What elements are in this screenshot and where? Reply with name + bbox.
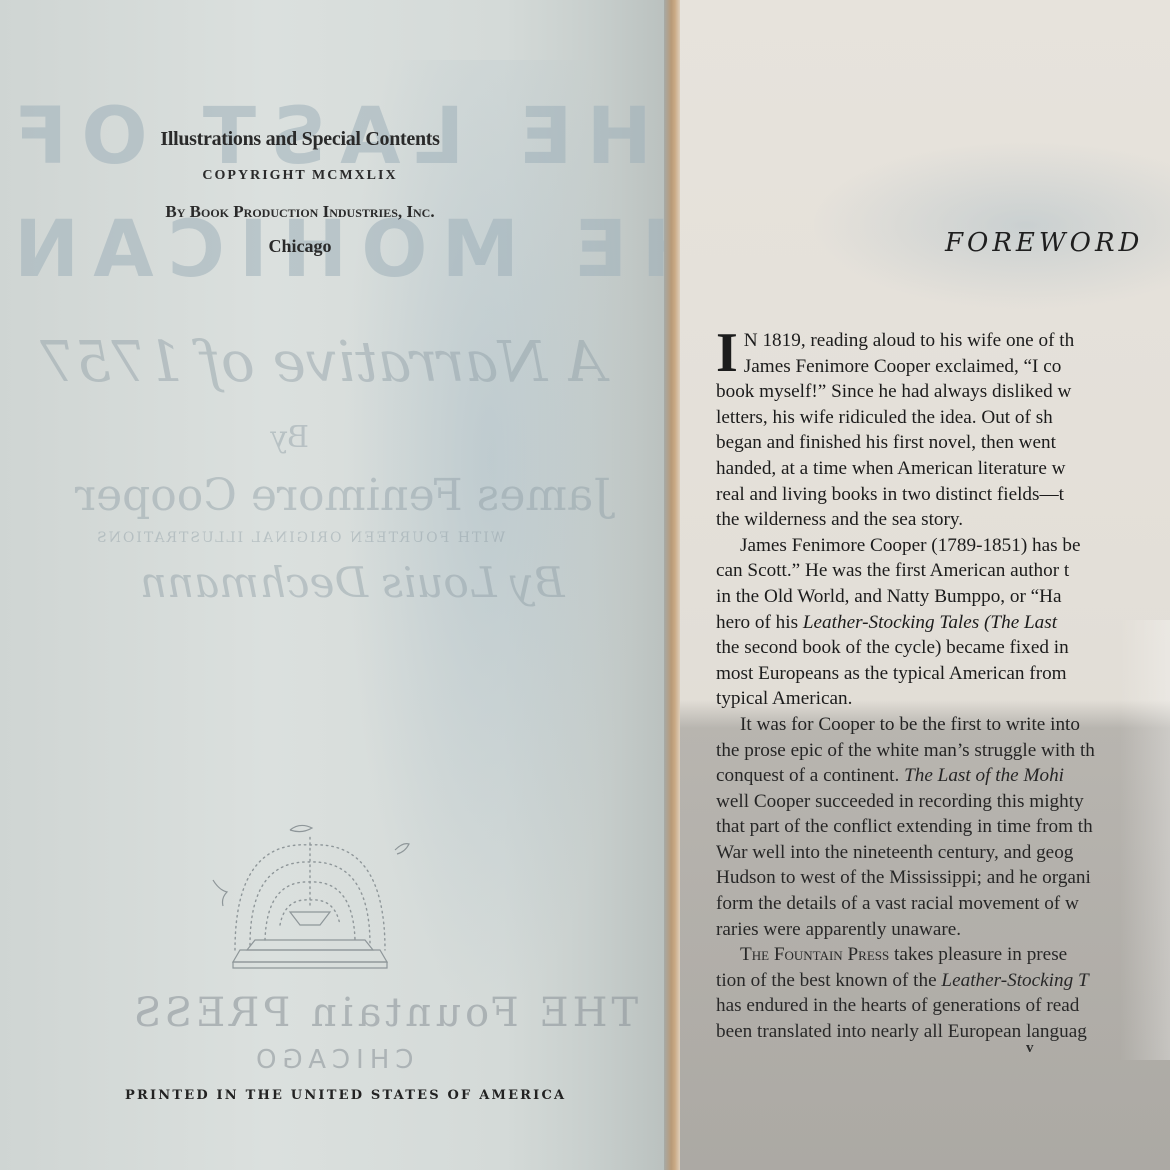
foreword-heading: FOREWORD — [945, 228, 1143, 258]
printed-in-usa: PRINTED IN THE UNITED STATES OF AMERICA — [125, 1088, 566, 1103]
text-line: James Fenimore Cooper exclaimed, “I co — [716, 354, 1170, 380]
bleed-subtitle: A Narrative of 1757 — [40, 330, 605, 395]
bleed-illustrator: By Louis Dechmann — [140, 558, 565, 607]
imprint-copyright: COPYRIGHT MCMXLIX — [0, 168, 600, 184]
text-line: in the Old World, and Natty Bumppo, or “… — [716, 584, 1170, 610]
italic-title: Leather-Stocking Tales (The Last — [803, 612, 1057, 633]
bleed-with-illustrations: WITH FOURTEEN ORIGINAL ILLUSTRATIONS — [95, 530, 505, 546]
bleed-through-illustration-right — [810, 140, 1170, 310]
text-line: hero of his Leather-Stocking Tales (The … — [716, 610, 1170, 636]
hand-shadow — [680, 700, 1170, 1170]
bleed-by: By — [270, 420, 309, 455]
imprint-title: Illustrations and Special Contents — [0, 128, 600, 151]
text-span: hero of his — [716, 612, 803, 633]
text-line: real and living books in two distinct fi… — [716, 482, 1170, 508]
drop-cap: I — [716, 330, 738, 376]
fountain-illustration-icon — [195, 800, 425, 975]
text-line: N 1819, reading aloud to his wife one of… — [716, 328, 1170, 354]
text-line: the second book of the cycle) became fix… — [716, 635, 1170, 661]
text-line: the wilderness and the sea story. — [716, 507, 1170, 533]
bleed-author: James Fenimore Cooper — [75, 470, 611, 521]
text-line: book myself!” Since he had always dislik… — [716, 379, 1170, 405]
text-line: letters, his wife ridiculed the idea. Ou… — [716, 405, 1170, 431]
imprint-publisher: By Book Production Industries, Inc. — [0, 202, 600, 222]
light-edge — [1120, 620, 1170, 1060]
imprint-city: Chicago — [0, 236, 600, 257]
text-line: can Scott.” He was the first American au… — [716, 558, 1170, 584]
left-page-copyright: THE LAST OF THE MOHICAN A Narrative of 1… — [0, 0, 672, 1170]
bleed-press-city: CHICAGO — [250, 1045, 413, 1075]
book-spread: THE LAST OF THE MOHICAN A Narrative of 1… — [0, 0, 1170, 1170]
bleed-press: THE Fountain PRESS — [130, 990, 638, 1036]
text-line: handed, at a time when American literatu… — [716, 456, 1170, 482]
text-line: James Fenimore Cooper (1789-1851) has be — [716, 533, 1170, 559]
right-page-foreword: FOREWORD I N 1819, reading aloud to his … — [680, 0, 1170, 1170]
text-line: began and finished his first novel, then… — [716, 430, 1170, 456]
text-line: most Europeans as the typical American f… — [716, 661, 1170, 687]
